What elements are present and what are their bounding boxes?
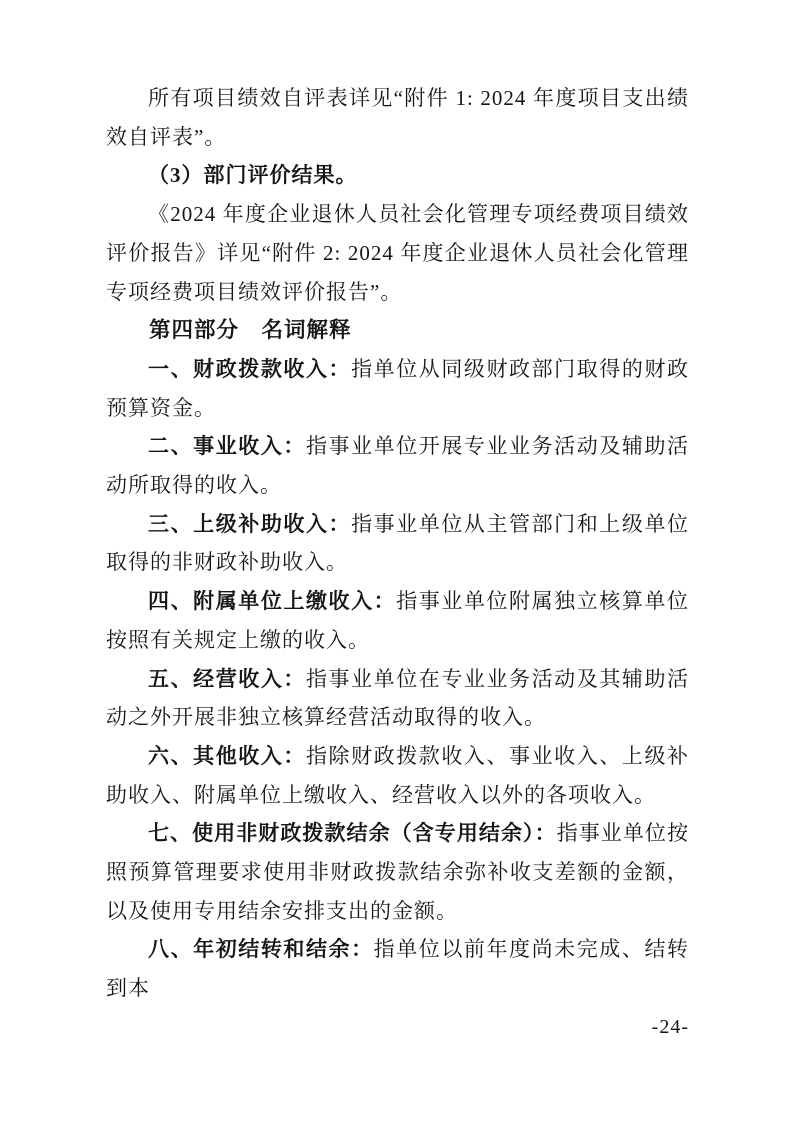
term-use-of-non-fiscal-surplus: 七、使用非财政拨款结余（含专用结余）：指事业单位按照预算管理要求使用非财政拨款结… — [106, 814, 689, 930]
term-institutional-income: 二、事业收入：指事业单位开展专业业务活动及辅助活动所取得的收入。 — [106, 427, 689, 504]
page-number: -24- — [652, 1016, 689, 1038]
term-fiscal-appropriation-income: 一、财政拨款收入：指单位从同级财政部门取得的财政预算资金。 — [106, 350, 689, 427]
term-title: 三、上级补助收入： — [148, 512, 351, 536]
heading-part4-glossary: 第四部分 名词解释 — [106, 311, 689, 350]
term-title: 二、事业收入： — [148, 434, 306, 458]
term-title: 四、附属单位上缴收入： — [148, 589, 396, 613]
term-business-operation-income: 五、经营收入：指事业单位在专业业务活动及其辅助活动之外开展非独立核算经营活动取得… — [106, 660, 689, 737]
para-attachment1-note: 所有项目绩效自评表详见“附件 1: 2024 年度项目支出绩效自评表”。 — [106, 79, 689, 156]
term-title: 六、其他收入： — [148, 744, 306, 768]
term-title: 一、财政拨款收入： — [148, 357, 351, 381]
para-dept-eval-result-label: （3）部门评价结果。 — [106, 156, 689, 195]
document-body: 所有项目绩效自评表详见“附件 1: 2024 年度项目支出绩效自评表”。 （3）… — [106, 79, 689, 1037]
para-attachment2-note: 《2024 年度企业退休人员社会化管理专项经费项目绩效评价报告》详见“附件 2:… — [106, 195, 689, 311]
term-affiliated-unit-remittance-income: 四、附属单位上缴收入：指事业单位附属独立核算单位按照有关规定上缴的收入。 — [106, 582, 689, 659]
term-title: 七、使用非财政拨款结余（含专用结余）： — [148, 821, 557, 845]
term-other-income: 六、其他收入：指除财政拨款收入、事业收入、上级补助收入、附属单位上缴收入、经营收… — [106, 737, 689, 814]
term-superior-subsidy-income: 三、上级补助收入：指事业单位从主管部门和上级单位取得的非财政补助收入。 — [106, 505, 689, 582]
term-title: 八、年初结转和结余： — [148, 937, 374, 961]
page-footer: -24- — [106, 1017, 689, 1037]
term-beginning-year-carryover-and-surplus: 八、年初结转和结余：指单位以前年度尚未完成、结转到本 — [106, 930, 689, 1007]
document-page: 所有项目绩效自评表详见“附件 1: 2024 年度项目支出绩效自评表”。 （3）… — [0, 0, 793, 1122]
term-title: 五、经营收入： — [148, 667, 306, 691]
